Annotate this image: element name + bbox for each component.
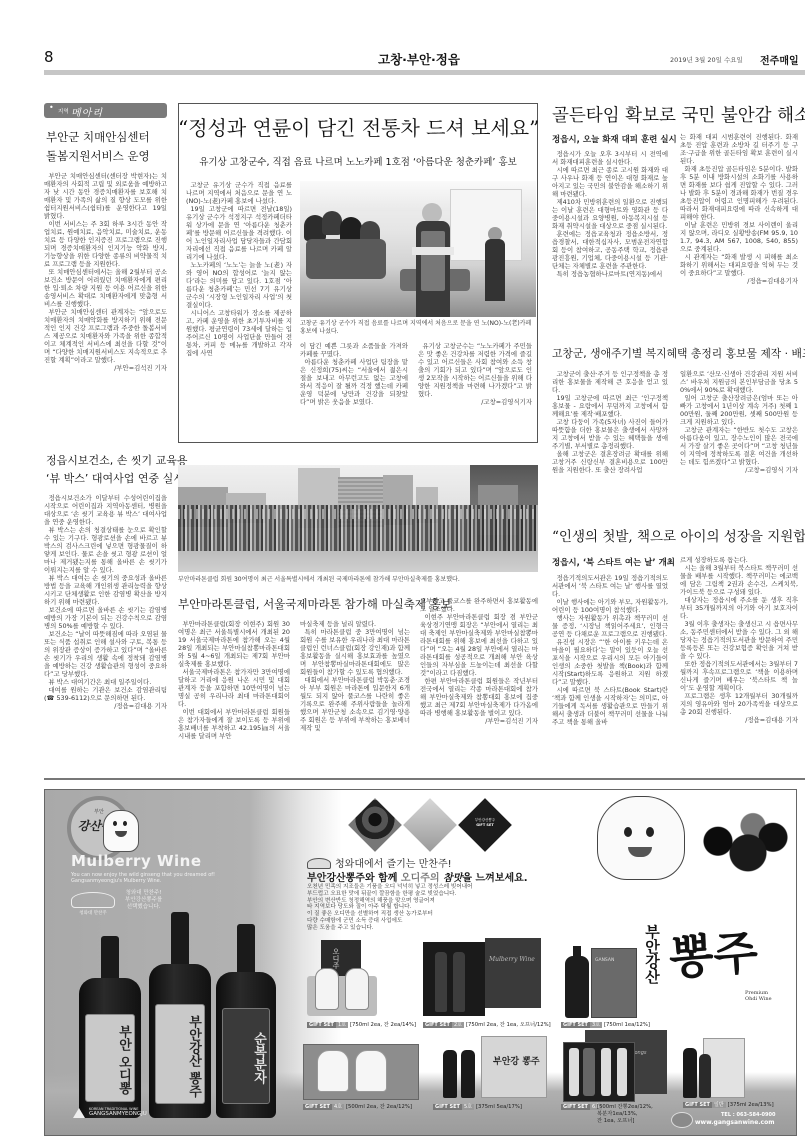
- gift-tag: GIFT SET: [561, 1104, 590, 1110]
- paragraph: 뷰 박스는 손의 청결상태를 눈으로 확인할 수 있는 기구다. 형광로션을 손…: [44, 526, 167, 574]
- tag-prefix: 지역: [58, 107, 69, 115]
- page-number: 8: [44, 48, 54, 66]
- marathon-photo: [178, 465, 538, 572]
- gift-tag: GIFT SET: [683, 1102, 712, 1108]
- article-body-col-2: 이 담긴 예쁜 그릇과 소품들을 가져와 카페를 꾸몄다. 아름다운 청춘카페 …: [300, 342, 408, 440]
- paragraph: 보건소에 따르면 올바른 손 씻기는 감염병 예방의 가장 기본이 되는 건강수…: [44, 606, 167, 630]
- berry-photo-diamond: [403, 798, 457, 852]
- copy-line: 이 질 좋은 오디만을 선별하여 직접 생산 농가로부터: [307, 911, 473, 918]
- calligraphy-small: 부안강산: [643, 924, 660, 984]
- gift-set-5-image: 부안강 뽕주: [433, 1036, 547, 1098]
- article-body-col-1: 고창군이 출산·주거 등 인구정책을 총 정리한 홍보물을 제작해 큰 호응을 …: [552, 370, 668, 506]
- ad-headline: 청와대에서 즐기는 만찬주!: [335, 855, 452, 870]
- copy-line: 부드럽고 오묘한 맛에 뒤끝이 깔끔함을 한평 술로 빚었습니다.: [307, 891, 473, 898]
- paragraph: 유기상 고창군수는 “노노카페가 주민들은 맛 좋은 건강차를 저렴한 가격에 …: [418, 342, 532, 398]
- ad-subheadline: 부안강산뽕주와 함께 오디주의 참맛을 느껴보세요.: [307, 869, 528, 884]
- subheadline-part: 을 느껴보세요.: [462, 873, 527, 884]
- paragraph: 시니어스 고창타워가 장소를 제공하고, 카페 운영을 위한 초기투자비를 지원…: [186, 309, 292, 357]
- wine-bottle: 부안강산 뽕주: [149, 912, 211, 1118]
- tagline-line: Gangsanmyeongju's Mulberry Wine.: [71, 878, 215, 884]
- gift-set-3-label: GIFT SET3호[750ml 1ea/12%]: [561, 1022, 650, 1029]
- mascot-icon: [103, 810, 139, 852]
- gift-set-3-image: GANSAN: [561, 946, 641, 1018]
- article-body-col-1: 정읍시가 오늘 오후 3시부터 시 전역에서 화재대피훈련을 실시한다. 시에 …: [552, 150, 668, 322]
- bottle-label: 순복분자: [222, 1008, 270, 1104]
- paragraph: 시는 올해 3월부터 북스타트 책꾸러미 선물을 배부를 시작했다. 책꾸러미는…: [680, 564, 798, 596]
- paragraph: 뷰 박스 대여는 손 씻기의 중요성과 올바른 방법 등을 교육해 개인위생 관…: [44, 574, 167, 606]
- paragraph: 시에 따르면 최근 종로 고시원 화재와 대구 사우나 화재 등 연이은 대형 …: [552, 166, 668, 198]
- feature-headline: “정성과 연륜이 담긴 전통차 드셔 보세요”: [178, 112, 538, 141]
- gift-spec: [375ml 2ea/13%]: [728, 1102, 774, 1108]
- paragraph: 19일 고창군에 따르면 전날(18일) 유기상 군수가 석정지구 석정카페더타…: [186, 205, 292, 261]
- byline: /고창=김영식 기자: [680, 466, 798, 474]
- paragraph: 는 화재 대피 시범훈련이 진행된다. 화재 초등 진압 훈련과 소방차 길 터…: [680, 133, 798, 165]
- paragraph: 대여를 원하는 기관은 보건소 감염관리팀(☎ 539-6112)으로 문의하면…: [44, 686, 167, 702]
- gift-tag: GIFT SET: [307, 1022, 336, 1028]
- bottle-label: 부안 오디뽕: [85, 1014, 135, 1102]
- article-body-col-1: 정읍기적의도서관은 19일 정읍기적의도서관에서 ‘북 스타트 여는 날’ 행사…: [552, 574, 668, 776]
- paragraph: 고창 다둥이 가족(5자녀) 사진이 들어가 따뜻함을 더한 홍보물은 출생에서…: [552, 418, 668, 450]
- gift-tag: GIFT SET: [433, 1104, 462, 1110]
- gift-set-6-label: GIFT SET6호 [500ml 잔뽕2ea/12%, 복분자1ea/13%,…: [561, 1104, 604, 1111]
- gift-set-1-image: 오디주: [307, 940, 377, 1016]
- cafe-photo: [300, 181, 536, 317]
- calligraphy-brand: 뽕주: [667, 927, 759, 983]
- gift-set-4-label: GIFT SET4호[500ml 2ea, 잔 2ea/12%]: [303, 1104, 412, 1111]
- feature-subheadline: 유기상 고창군수, 직접 음료 나르며 노노카페 1호점 ‘아름다운 청춘카페’…: [178, 154, 538, 168]
- article-headline: 골든타임 확보로 국민 불안감 해소: [552, 102, 805, 127]
- article-body: 부안군 치매안심센터(센터장 박현자)는 치매환자의 사회적 고립 및 외로움을…: [44, 172, 167, 438]
- byline: /정읍=김대용 기자: [44, 702, 167, 710]
- wine-bottle: 부안 오디뽕: [79, 936, 141, 1118]
- gift-tag: GIFT SET: [303, 1104, 332, 1110]
- byline: /고창=김영식기자: [418, 398, 532, 406]
- paragraph: 19일 고창군에 따르면 최근 ‘인구정책 홍보물 - 요람에서 무덤까지 고창…: [552, 394, 668, 418]
- paragraph: 뷰 박스 대여기간은 최대 일주일이다.: [44, 678, 167, 686]
- article-body: 정읍시보건소가 이달부터 수성어린이집을 시작으로 어린이집과 지역아동센터, …: [44, 494, 167, 776]
- section-title: 고창·부안·정읍: [378, 50, 460, 68]
- copy-line: 다량 수매함에 군민 소득 증대 사업에도: [307, 918, 473, 925]
- paragraph: 화재 초등진압 골든타임은 5분이다. 발화 후 5분 이내 방화시설의 소화기…: [680, 165, 798, 221]
- article-headline: 부안마라톤클럽, 서울국제마라톤 참가해 마실축제 홍보: [178, 596, 452, 612]
- paragraph: 정읍시가 오늘 오후 3시부터 시 전역에서 화재대피훈련을 실시한다.: [552, 150, 668, 166]
- bullet-icon: •: [49, 103, 54, 112]
- blue-house-emblem-icon: [307, 858, 331, 869]
- photo-caption: 고창군 유기상 군수가 직접 음료를 나르며 지역에서 처음으로 문을 연 노(…: [300, 320, 536, 335]
- article-headline: 정읍시보건소, 손 씻기 교육용 ‘뷰 박스’ 대여사업 연중 실시: [46, 452, 188, 488]
- gift-spec: [750ml 2ea, 잔 2ea/14%]: [350, 1022, 416, 1028]
- headline-line: 부안군 치매안심센터: [46, 128, 150, 147]
- gift-spec-line: [500ml 잔뽕2ea/12%,: [597, 1104, 653, 1111]
- byline: /부안=김석진 기자: [420, 717, 538, 725]
- paragraph: 시에 따르면 북 스타트(Book Start)란 ‘책과 함께 인생을 시작하…: [552, 686, 668, 726]
- column-tag: • 지역 메아리: [44, 103, 167, 118]
- paragraph: 마실축제 등을 널리 알렸다.: [300, 620, 410, 628]
- paragraph: 고창군 유기상 군수가 직접 음료를 나르며 지역에서 처음으로 문을 연 노(…: [186, 181, 292, 205]
- box-text: GANSAN: [595, 958, 614, 963]
- emblem-text: 청와대 만찬주! 부안강산뽕주를 선택했습니다.: [125, 890, 162, 911]
- paragraph: 정읍시보건소가 이달부터 수성어린이집을 시작으로 어린이집과 지역아동센터, …: [44, 494, 167, 526]
- ad-website: www.gangsanwine.com: [695, 1119, 774, 1126]
- subheadline-part: 부안강산뽕주와 함께: [307, 873, 401, 884]
- premium-label: Premium Ohdi Wine: [745, 990, 772, 1002]
- article-body-col-1: 부안마라톤클럽(회장 이현주) 회원 30여명은 최근 서울특별시에서 개최된 …: [178, 620, 290, 776]
- paragraph: 부안군 치매안심센터(센터장 박현자)는 치매환자의 사회적 고립 및 외로움을…: [44, 172, 167, 220]
- paragraph: 이번 서비스는 주 3회 하루 3시간 동안 작업치료, 원예치료, 음악치료,…: [44, 220, 167, 268]
- box-text: 부안강 뽕주: [493, 1054, 540, 1067]
- advertisement: 부안 강산뽕 Mulberry Wine You can now enjoy t…: [44, 789, 797, 1136]
- paragraph: 고창군 관계자는 “한반도 첫수도 고창은 아름다움이 있고, 장수노인이 많은…: [680, 426, 798, 466]
- gift-set-2-image: Mulberry Wine: [423, 938, 541, 1016]
- paragraph: 일환으로 ‘산모·신생아 건강관리 지원 서비스’ 바우처 지원금의 본인부담금…: [680, 370, 798, 394]
- subheadline-part: 오디주의: [401, 873, 443, 884]
- box-text: Mulberry Wine: [489, 956, 535, 963]
- article-body-col-2: 르게 성장하도록 돕는다. 시는 올해 3월부터 북스타트 책꾸러미 선물을 배…: [680, 556, 798, 776]
- copy-line: 많은 도움을 주고 있습니다.: [307, 925, 473, 932]
- bottle-label: 부안강산 뽕주: [155, 1004, 205, 1104]
- article-body-col-2: 는 화재 대피 시범훈련이 진행된다. 화재 초등 진압 훈련과 소방차 길 터…: [680, 133, 798, 323]
- paragraph: 노노카페의 ‘노노’는 늙을 노(老) 자와 영어 NO의 합성어로 ‘늙지 않…: [186, 261, 292, 309]
- paragraph: 올해 고창군은 결혼장려금 확대를 위해 고창거주 신랑신부 결혼비용으로 10…: [552, 450, 668, 474]
- paragraph: 제410차 민방위훈련의 일환으로 진행되는 이날 훈련은 대형마트와 영화관 …: [552, 198, 668, 230]
- photo-caption: 부안마라톤클럽 회원 30여명이 최근 서울특별시에서 개최된 국제마라톤에 참…: [178, 576, 460, 584]
- headline-line: ‘뷰 박스’ 대여사업 연중 실시: [46, 470, 188, 488]
- gift-number: 1호: [336, 1022, 348, 1028]
- article-headline: 부안군 치매안심센터 돌봄지원서비스 운영: [46, 128, 150, 166]
- emblem-label: 청와대 만찬주: [71, 910, 115, 916]
- article-body-col-3: 유기상 고창군수는 “노노카페가 주민들은 맛 좋은 건강차를 저렴한 가격에 …: [418, 342, 532, 440]
- gift-set-4-image: [303, 1040, 417, 1098]
- box-text: 오디주: [331, 948, 341, 969]
- gift-set-badge-text: 부안강산뽕주 GIFT SET: [466, 818, 504, 828]
- issue-date: 2019년 3월 20일 수요일: [670, 55, 743, 64]
- article-body-col-1: 고창군 유기상 군수가 직접 음료를 나르며 지역에서 처음으로 문을 연 노(…: [186, 181, 292, 439]
- emblem-text-line: 선택했습니다.: [125, 904, 162, 911]
- article-body-col-3: 교부하고 풀코스를 완주하면서 홍보활동에도 일조했다. 이현주 부안마라톤클럽…: [420, 597, 538, 776]
- paragraph: 보건소는 “날이 따뜻해짐에 따라 오염된 물 또는 식품 섭취로 인해 설사와…: [44, 630, 167, 678]
- tag-name: 메아리: [71, 104, 103, 119]
- wine-bottle: 순복분자: [216, 924, 276, 1118]
- paragraph: 부안마라톤클럽(회장 이현주) 회원 30여명은 최근 서울특별시에서 개최된 …: [178, 620, 290, 668]
- gift-spec-line: 잔 1ea, 오프너]: [597, 1118, 653, 1125]
- paragraph: 특히 마라톤클럽 중 3만여명이 넘는 회원 수를 보유한 우리나라 최대 마라…: [300, 628, 410, 676]
- paragraph: 프로그램은 생후 12개월부터 30개월까지의 영유아와 엄마 20가족씩을 대…: [680, 692, 798, 716]
- header-rule: [44, 70, 805, 75]
- paragraph: 대상자는 정읍시에 주소를 둔 생후 직후부터 35개월까지의 아기와 아기 보…: [680, 596, 798, 620]
- paragraph: 행사는 자원활동가 위촉과 책꾸러미 선물 증정, ‘시장님 책읽어주세요’, …: [552, 614, 668, 638]
- paragraph: 정읍기적의도서관은 19일 정읍기적의도서관에서 ‘북 스타트 여는 날’ 행사…: [552, 574, 668, 598]
- paragraph: 이날 훈련은 민방위 경보 사이렌이 울리지 않으며, 라디오 실황방송(FM …: [680, 221, 798, 253]
- byline: /부안=김석진 기자: [44, 364, 167, 372]
- paragraph: 부안군 치매안심센터 관계자는 “앞으로도 치매환자의 치매악화를 방지하기 위…: [44, 308, 167, 364]
- gift-spec: [750ml 1ea/12%]: [604, 1022, 650, 1028]
- gift-set-5-label: GIFT SET5호[375ml 5ea/17%]: [433, 1104, 522, 1111]
- paragraph: 이현주 부안마라톤클럽 회장 겸 부안군 육상경기연맹 회장은 “부안에서 열리…: [420, 613, 538, 677]
- paragraph: 서울국제마라톤은 참가자만 3만여명에 달하고 거리에 응원 나온 시민 및 대…: [178, 668, 290, 708]
- article-body-col-2: 마실축제 등을 널리 알렸다. 특히 마라톤클럽 중 3만여명이 넘는 회원 수…: [300, 620, 410, 776]
- article-subheadline: 정읍시, 오늘 화재 대피 훈련 실시: [552, 133, 677, 145]
- badge-line: GIFT SET: [466, 823, 504, 828]
- subheadline-part: 참맛: [443, 873, 462, 884]
- brand-english-name: Mulberry Wine: [71, 852, 202, 870]
- section-divider: [44, 778, 805, 780]
- mascot-icon: [597, 796, 685, 880]
- gift-set-2-label: GIFT SET2호[750ml 2ea, 잔 1ea, 오프너/12%]: [423, 1022, 551, 1029]
- paragraph: 이 담긴 예쁜 그릇과 소품들을 가져와 카페를 꾸몄다.: [300, 342, 408, 358]
- gift-spec: [500ml 잔뽕2ea/12%, 복분자1ea/13%, 잔 1ea, 오프너…: [597, 1104, 653, 1125]
- company-logo-icon: [671, 1112, 693, 1128]
- brand-english-tagline: You can now enjoy the wild ginseng that …: [71, 872, 215, 884]
- gift-spec: [750ml 2ea, 잔 1ea, 오프너/12%]: [466, 1022, 551, 1028]
- copy-line: 오천년 민족의 지조들은 기품을 오디 넉넉히 넣고 정성스레 빚어내어: [307, 884, 473, 891]
- headline-line: 돌봄지원서비스 운영: [46, 147, 150, 166]
- gift-number: 3호: [590, 1022, 602, 1028]
- corp-logo-line: GANGSANMYEONGJU: [89, 1112, 147, 1117]
- paragraph: 유진섭 시장은 “‘한 아이를 키우는데 온 마을이 필요하다’는 말이 있듯이…: [552, 638, 668, 686]
- paragraph: 고창군이 출산·주거 등 인구정책을 총 정리한 홍보물을 제작해 큰 호응을 …: [552, 370, 668, 394]
- premium-line: Ohdi Wine: [745, 996, 772, 1002]
- paragraph: 또한 정읍기적의도서관에서는 3월부터 7월까지 후속프로그램으로 ‘책을 이용…: [680, 660, 798, 692]
- gift-number: 5호: [462, 1104, 474, 1110]
- emblem-text-line: 청와대 만찬주!: [125, 890, 162, 897]
- article-body-col-2: 일환으로 ‘산모·신생아 건강관리 지원 서비스’ 바우처 지원금의 본인부담금…: [680, 370, 798, 506]
- gift-number: 2호: [452, 1022, 464, 1028]
- paragraph: 특히 정읍농협하나로마트(연지동)에서: [552, 270, 668, 278]
- paragraph: 일어 고창군 출산장려금은(엄마 또는 아빠가 고창에서 1년이상 계속 거주)…: [680, 394, 798, 426]
- article-subheadline: 정읍시, ‘북 스타트 여는 날’ 개최: [552, 556, 675, 568]
- publication-name: 전주매일: [760, 52, 799, 67]
- gift-spec: [500ml 2ea, 잔 2ea/12%]: [346, 1104, 412, 1110]
- article-headline: 고창군, 생애주기별 복지혜택 총정리 홍보물 제작 · 배포: [552, 346, 805, 361]
- byline: /정읍=김대용기자: [680, 277, 798, 285]
- paragraph: 또 치매안심센터에서는 올해 2월부터 공소 보건소 방문이 어려웠던 치매환자…: [44, 268, 167, 308]
- headline-line: 정읍시보건소, 손 씻기 교육용: [46, 452, 188, 470]
- paragraph: 시 관계자는 “화재 발생 시 피해를 최소화하기 위해서는 대피요령을 익혀 …: [680, 253, 798, 277]
- emblem-text-line: 부안강산뽕주를: [125, 897, 162, 904]
- gift-number: 4호: [332, 1104, 344, 1110]
- paragraph: 교부하고 풀코스를 완주하면서 홍보활동에도 일조했다.: [420, 597, 538, 613]
- ad-phone: TEL : 063-584-0900: [721, 1112, 775, 1118]
- gift-set-6-image: Dalbongs: [563, 1030, 667, 1100]
- byline: /정읍=김대용 기자: [680, 716, 798, 724]
- gift-tag: GIFT SET: [561, 1022, 590, 1028]
- paragraph: 3월 이후 출생자는 출생신고 시 읍면사무소, 동주민센터에서 받을 수 있다…: [680, 620, 798, 660]
- mulberries-image: [693, 810, 793, 888]
- paragraph: 르게 성장하도록 돕는다.: [680, 556, 798, 564]
- gift-spec: [375ml 5ea/17%]: [476, 1104, 522, 1110]
- gift-tag: GIFT SET: [423, 1022, 452, 1028]
- gift-spec-line: 복분자1ea/13%,: [597, 1111, 653, 1118]
- paragraph: 훈련에는 정읍교육청과 정읍소방서, 정읍경찰서, 대한적십자사, 모범운전자연…: [552, 230, 668, 270]
- paragraph: 이번 대회에서 부안마라톤클럽 회원들은 참가자들에게 잘 보이도록 등 부위에…: [178, 708, 290, 740]
- gift-set-1-label: GIFT SET1호[750ml 2ea, 잔 2ea/14%]: [307, 1022, 416, 1029]
- blue-house-emblem-icon: [71, 892, 115, 908]
- paragraph: 이날 행사에는 아기와 부모, 자원활동가, 어린이 등 100여명이 참석했다…: [552, 598, 668, 614]
- paragraph: 대회에서 부안마라톤클럽 박동춘·조경아 부부 회원은 마라톤에 입문한지 6개…: [300, 676, 410, 732]
- paragraph: 아름다운 청춘카페 사업단 팀장을 맡은 신정희(75)씨는 “서울에서 젊은시…: [300, 358, 408, 406]
- gift-set-general-label: GIFT SET일반[375ml 2ea/13%]: [683, 1102, 774, 1109]
- paragraph: 한편 부안마라톤클럽 회원들은 작년부터 전국에서 열리는 각종 마라톤대회에 …: [420, 677, 538, 717]
- corp-logo-text: KOREAN TRADITIONAL WINE GANGSANMYEONGJU: [89, 1107, 147, 1117]
- article-headline: “인생의 첫발, 책으로 아이의 성장을 지원합니다”: [552, 525, 805, 545]
- gift-number: 일반: [712, 1102, 726, 1108]
- ad-copy: 오천년 민족의 지조들은 기품을 오디 넉넉히 넣고 정성스레 빚어내어 부드럽…: [307, 884, 473, 932]
- gift-set-general-image: [681, 1038, 745, 1098]
